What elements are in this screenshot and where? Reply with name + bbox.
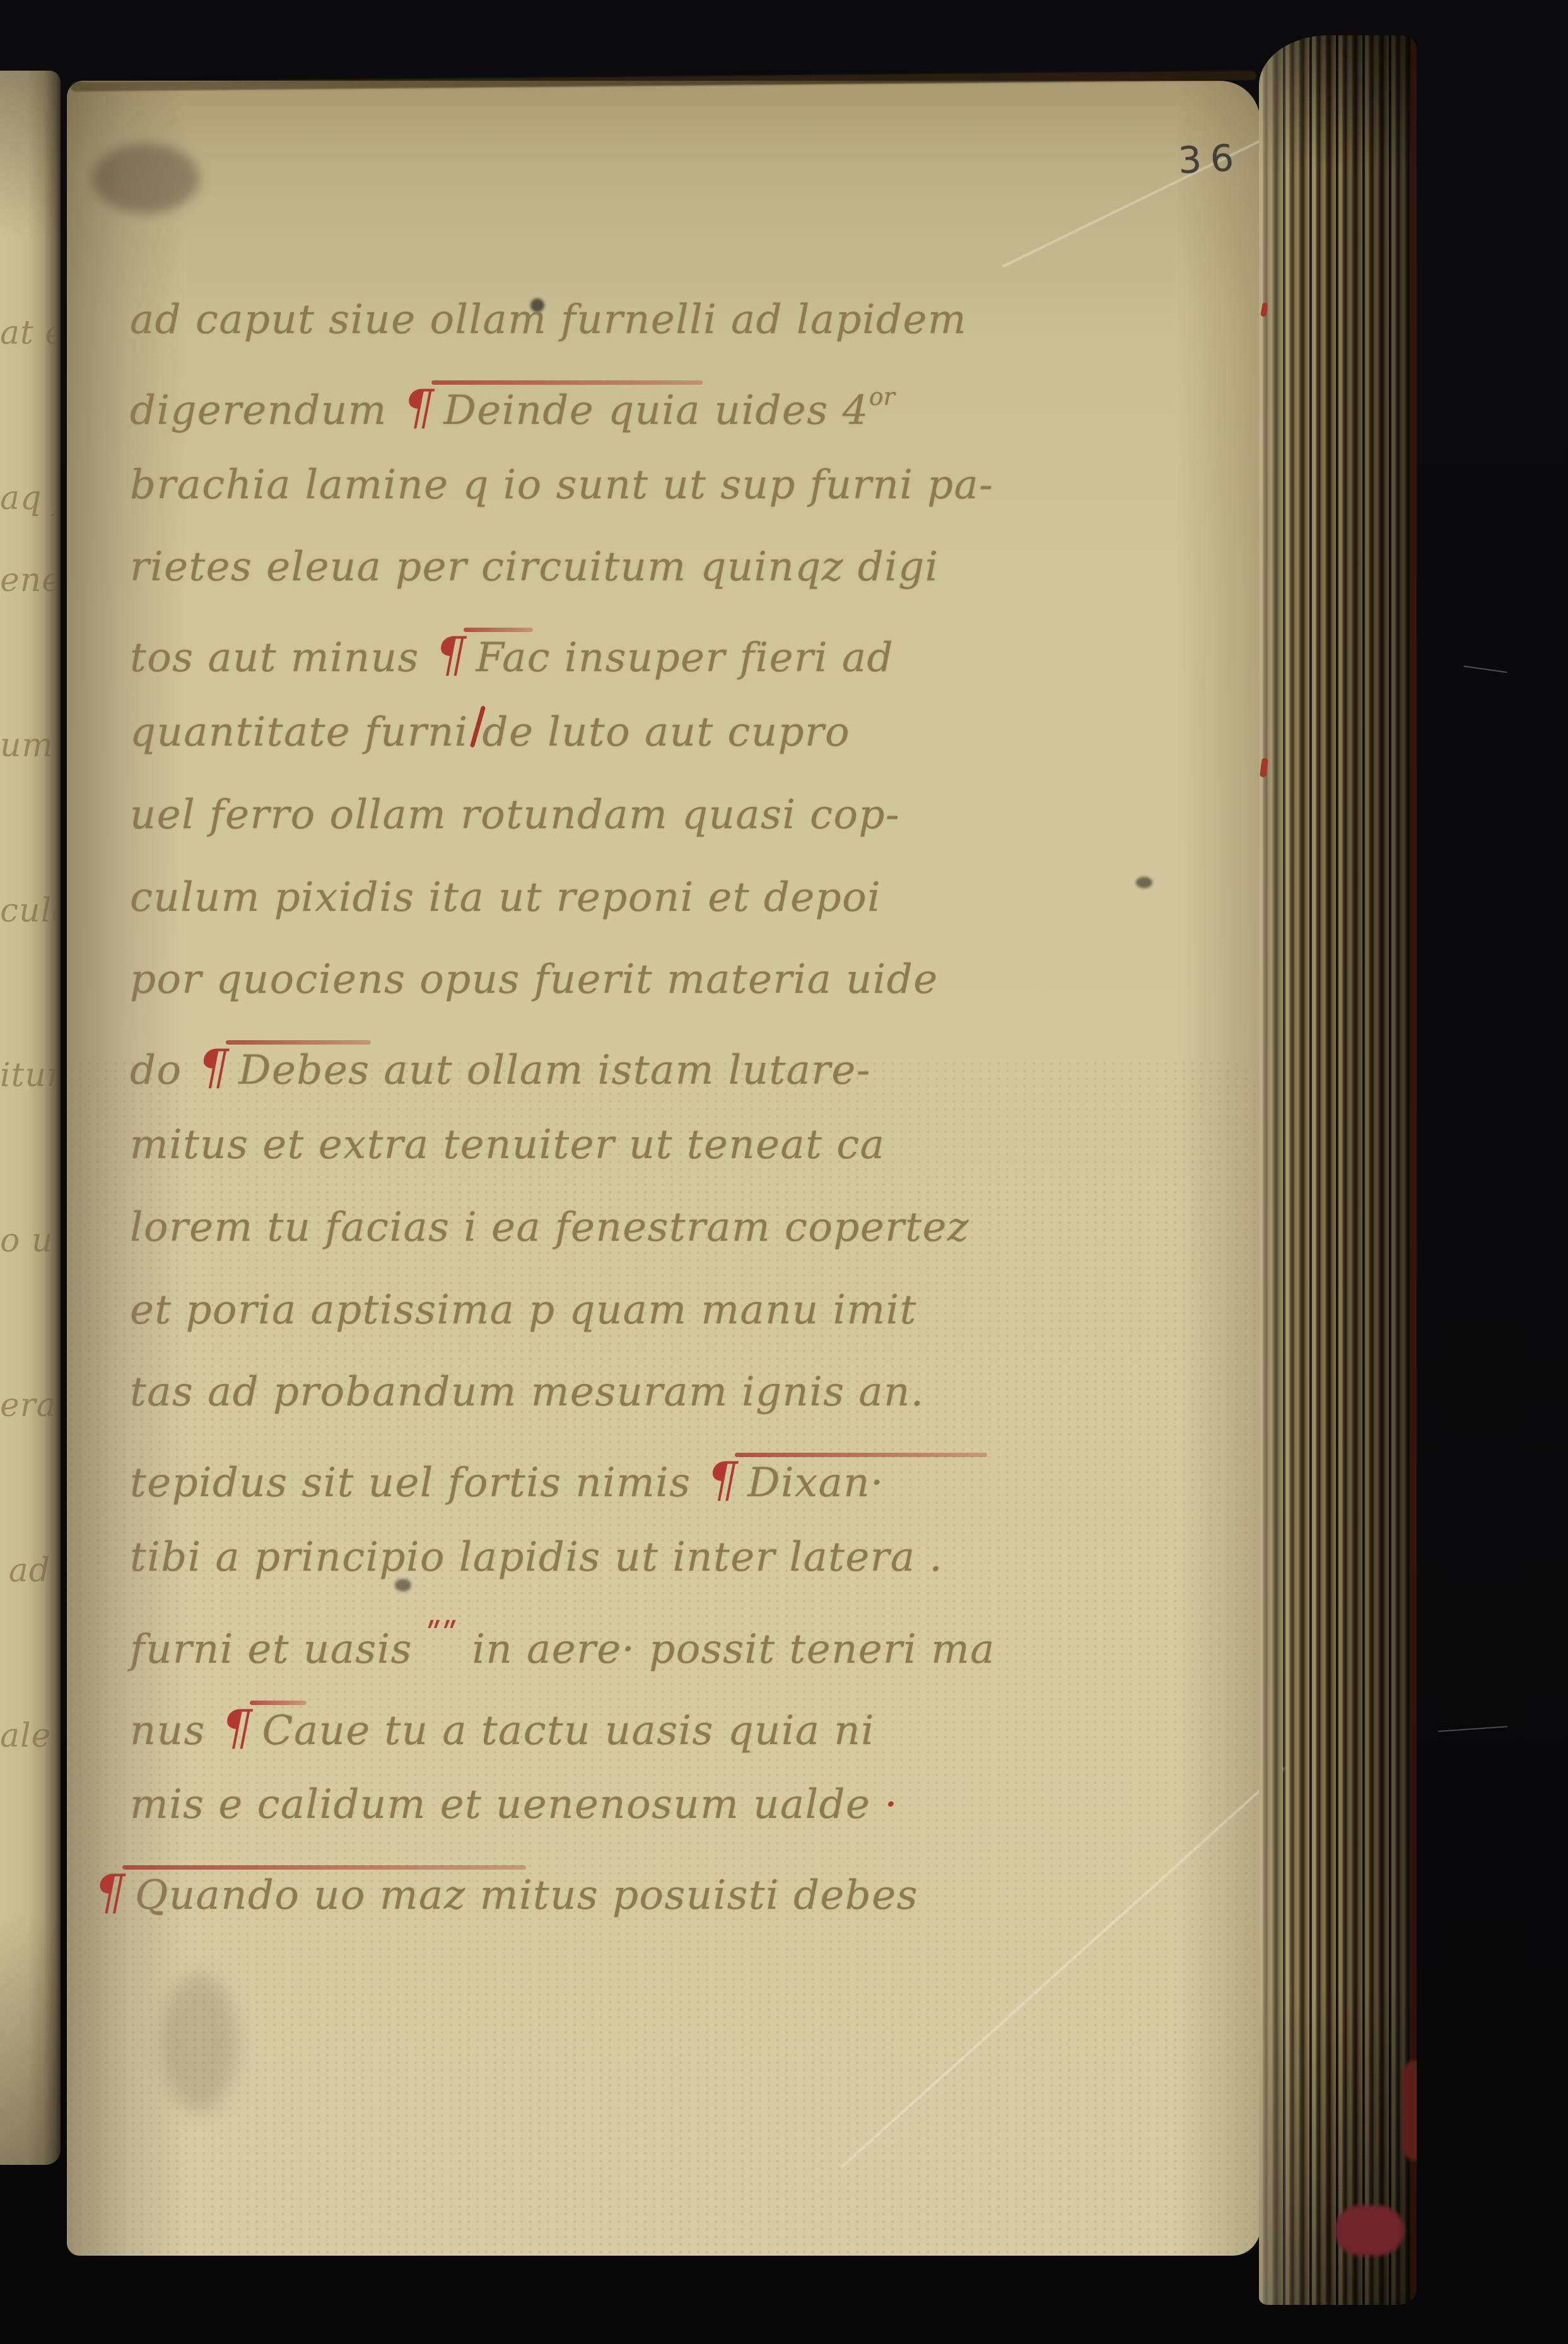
line-text: do bbox=[130, 1047, 196, 1094]
rubric-pilcrow: ¶ bbox=[404, 379, 435, 435]
line-text: Debes aut ollam istam lutare- bbox=[238, 1047, 871, 1094]
ink-fleck bbox=[1136, 877, 1152, 888]
line-text: mitus et extra tenuiter ut teneat ca bbox=[130, 1122, 885, 1168]
manuscript-photo-stage: at etaq falsaene bistum poracularuitur u… bbox=[0, 0, 1568, 2344]
facing-page-line-fragment: ad bbox=[0, 1552, 56, 1590]
manuscript-line: tos aut minus ¶Fac insuper fieri ad bbox=[130, 626, 894, 710]
line-text: in aere· possit teneri ma bbox=[459, 1626, 995, 1673]
manuscript-line: et poria aptissima p quam manu imit bbox=[130, 1287, 917, 1370]
manuscript-line: por quociens opus fuerit materia uide bbox=[130, 956, 939, 1040]
fore-edge-page-stack bbox=[1259, 35, 1417, 2305]
ink-smudge bbox=[92, 144, 199, 213]
line-text: Deinde quia uides 4 bbox=[444, 387, 869, 434]
rubric-pilcrow: ¶ bbox=[198, 1039, 230, 1095]
line-text: culum pixidis ita ut reponi et depoi bbox=[130, 874, 881, 921]
line-text: nus bbox=[130, 1708, 219, 1754]
page-top-edge-grime bbox=[71, 71, 1256, 91]
manuscript-line: ¶Quando uo maz mitus posuisti debes bbox=[92, 1864, 918, 1947]
rubric-mark: · bbox=[884, 1781, 898, 1828]
facing-page-line-fragment: ale bbox=[0, 1717, 56, 1755]
rubric-pilcrow: ¶ bbox=[222, 1699, 254, 1755]
line-text: quantitate furni de luto aut cupro bbox=[130, 709, 850, 756]
line-text: Quando uo maz mitus posuisti debes bbox=[135, 1872, 918, 1919]
line-text: Caue tu a tactu uasis quia ni bbox=[262, 1708, 875, 1754]
fore-edge-shading bbox=[1259, 35, 1417, 2305]
manuscript-line: culum pixidis ita ut reponi et depoi bbox=[130, 874, 881, 958]
backdrop-scratch bbox=[1438, 1726, 1507, 1732]
facing-page-line-fragment: ene bist bbox=[0, 561, 56, 599]
line-text: tos aut minus bbox=[130, 635, 433, 681]
manuscript-line: mis e calidum et uenenosum ualde · bbox=[130, 1781, 898, 1865]
manuscript-line: do ¶Debes aut ollam istam lutare- bbox=[130, 1039, 871, 1122]
manuscript-line: quantitate furni de luto aut cupro bbox=[130, 709, 850, 792]
facing-page-line-fragment: itur ua bbox=[0, 1057, 56, 1094]
facing-page-line-fragment: cularu bbox=[0, 892, 56, 930]
folio-number: 36 bbox=[1177, 136, 1243, 182]
binding-edge-line bbox=[1411, 35, 1417, 2305]
manuscript-line: tas ad probandum mesuram ignis an. bbox=[130, 1369, 925, 1452]
line-text: brachia lamine q io sunt ut sup furni pa… bbox=[130, 462, 993, 508]
line-text: Fac insuper fieri ad bbox=[476, 635, 894, 681]
rubric-mark: ʺʺ bbox=[426, 1617, 459, 1655]
line-text: por quociens opus fuerit materia uide bbox=[130, 956, 939, 1003]
line-text: et poria aptissima p quam manu imit bbox=[130, 1287, 917, 1333]
manuscript-line: ad caput siue ollam furnelli ad lapidem bbox=[130, 296, 967, 380]
rubric-pilcrow: ¶ bbox=[95, 1864, 126, 1920]
line-text: ad caput siue ollam furnelli ad lapidem bbox=[130, 296, 967, 343]
line-text: or bbox=[869, 383, 895, 411]
facing-page-line-fragment: um pora bbox=[0, 727, 56, 765]
manuscript-line: lorem tu facias i ea fenestram copertez bbox=[130, 1204, 969, 1287]
manuscript-line: digerendum ¶Deinde quia uides 4or bbox=[130, 379, 895, 462]
manuscript-line: uel ferro ollam rotundam quasi cop- bbox=[130, 792, 900, 875]
line-text: tepidus sit uel fortis nimis bbox=[130, 1460, 705, 1506]
line-text: digerendum bbox=[130, 387, 401, 434]
facing-page-line-fragment: aq falsa bbox=[0, 479, 56, 517]
facing-page-line-fragment: o ut dequ bbox=[0, 1222, 56, 1260]
manuscript-line: mitus et extra tenuiter ut teneat ca bbox=[130, 1122, 885, 1205]
facing-page-sliver: at etaq falsaene bistum poracularuitur u… bbox=[0, 71, 61, 2165]
line-text: tas ad probandum mesuram ignis an. bbox=[130, 1369, 925, 1415]
line-text: rietes eleua per circuitum quinqz digi bbox=[130, 544, 939, 590]
manuscript-line: rietes eleua per circuitum quinqz digi bbox=[130, 544, 939, 627]
manuscript-page: ad caput siue ollam furnelli ad lapidemd… bbox=[67, 81, 1260, 2256]
line-text: furni et uasis bbox=[130, 1626, 426, 1673]
manuscript-line: tibi a principio lapidis ut inter latera… bbox=[130, 1534, 943, 1617]
line-text: Dixan· bbox=[747, 1460, 884, 1506]
backdrop-scratch bbox=[1463, 665, 1507, 673]
manuscript-line: nus ¶Caue tu a tactu uasis quia ni bbox=[130, 1699, 875, 1783]
rubric-pilcrow: ¶ bbox=[436, 626, 467, 683]
line-text: mis e calidum et uenenosum ualde bbox=[130, 1781, 884, 1828]
line-text: tibi a principio lapidis ut inter latera… bbox=[130, 1534, 943, 1581]
manuscript-line: furni et uasis ʺʺ in aere· possit teneri… bbox=[130, 1617, 995, 1700]
page-crease bbox=[841, 1761, 1292, 2168]
line-text: lorem tu facias i ea fenestram copertez bbox=[130, 1204, 969, 1251]
manuscript-line: tepidus sit uel fortis nimis ¶Dixan· bbox=[130, 1451, 884, 1535]
facing-page-line-fragment: at et bbox=[0, 314, 56, 352]
rubric-pilcrow: ¶ bbox=[707, 1451, 739, 1508]
manuscript-line: brachia lamine q io sunt ut sup furni pa… bbox=[130, 462, 993, 545]
stain bbox=[161, 1973, 237, 2112]
line-text: uel ferro ollam rotundam quasi cop- bbox=[130, 792, 900, 838]
facing-page-shading bbox=[0, 71, 61, 2165]
facing-page-line-fragment: erat ni bbox=[0, 1386, 56, 1424]
